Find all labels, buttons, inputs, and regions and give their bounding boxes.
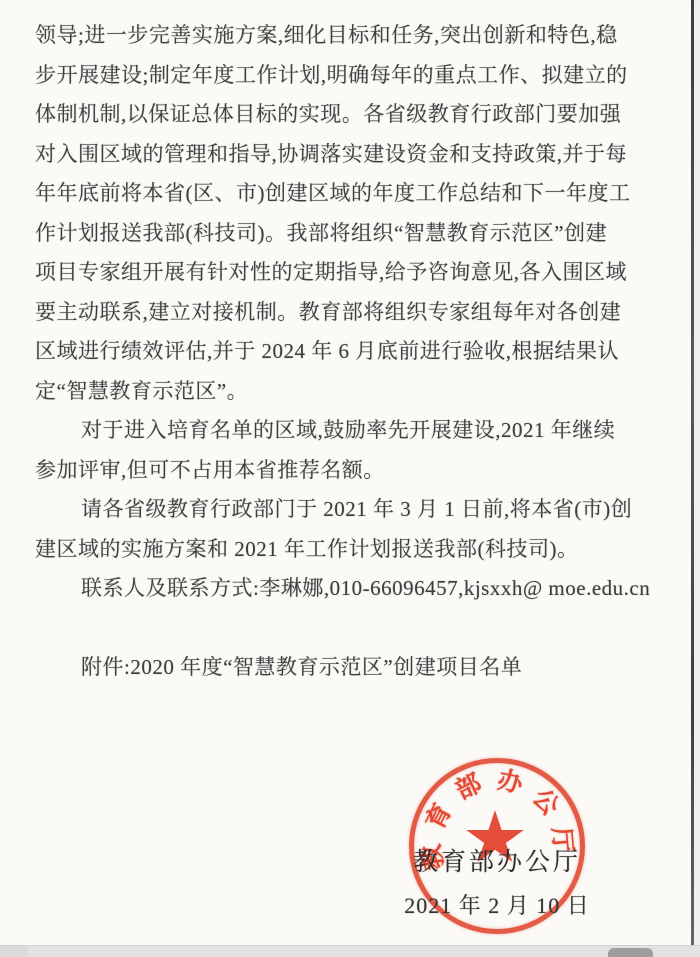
official-seal: 教育部办公厅 教育部办公厅 2021 年 2 月 10 日 <box>409 758 585 934</box>
seal-arc-character: 公 <box>527 785 564 822</box>
document-text-line: 请各省级教育行政部门于 2021 年 3 月 1 日前,将本省(市)创 <box>35 490 675 530</box>
document-text-line: 对入围区域的管理和指导,协调落实建设资金和支持政策,并于每 <box>35 135 675 175</box>
document-text-line: 项目专家组开展有针对性的定期指导,给予咨询意见,各入围区域 <box>35 253 675 293</box>
seal-issuer-name: 教育部办公厅 <box>409 842 585 878</box>
document-text-line: 附件:2020 年度“智慧教育示范区”创建项目名单 <box>35 648 675 688</box>
document-text-line: 区域进行绩效评估,并于 2024 年 6 月底前进行验收,根据结果认 <box>35 332 675 372</box>
document-text-line: 参加评审,但可不占用本省推荐名额。 <box>35 451 675 491</box>
document-text-line: 建区域的实施方案和 2021 年工作计划报送我部(科技司)。 <box>35 530 675 570</box>
page-edge-shadow <box>691 0 694 945</box>
seal-arc-character: 育 <box>423 800 458 835</box>
document-text-line <box>35 609 675 649</box>
seal-arc-character: 部 <box>452 771 487 806</box>
document-text-line: 要主动联系,建立对接机制。教育部将组织专家组每年对各创建 <box>35 293 675 333</box>
scrollbar-corner <box>0 946 28 957</box>
scrollbar-thumb[interactable] <box>608 948 653 957</box>
page-edge-margin <box>693 0 700 945</box>
document-text-line: 步开展建设;制定年度工作计划,明确每年的重点工作、拟建立的 <box>35 56 675 96</box>
document-date: 2021 年 2 月 10 日 <box>403 889 591 920</box>
document-text-line: 领导;进一步完善实施方案,细化目标和任务,突出创新和特色,稳 <box>35 16 675 56</box>
document-text-line: 作计划报送我部(科技司)。我部将组织“智慧教育示范区”创建 <box>35 214 675 254</box>
document-text-line: 对于进入培育名单的区域,鼓励率先开展建设,2021 年继续 <box>35 411 675 451</box>
horizontal-scrollbar-track[interactable] <box>0 945 700 957</box>
document-text-line: 年年底前将本省(区、市)创建区域的年度工作总结和下一年度工 <box>35 174 675 214</box>
document-body: 领导;进一步完善实施方案,细化目标和任务,突出创新和特色,稳步开展建设;制定年度… <box>35 16 675 688</box>
seal-arc-character: 办 <box>495 768 525 798</box>
document-text-line: 体制机制,以保证总体目标的实现。各省级教育行政部门要加强 <box>35 95 675 135</box>
document-text-line: 定“智慧教育示范区”。 <box>35 372 675 412</box>
document-text-line: 联系人及联系方式:李琳娜,010-66096457,kjsxxh@ moe.ed… <box>35 569 675 609</box>
document-viewer: 领导;进一步完善实施方案,细化目标和任务,突出创新和特色,稳步开展建设;制定年度… <box>0 0 700 957</box>
